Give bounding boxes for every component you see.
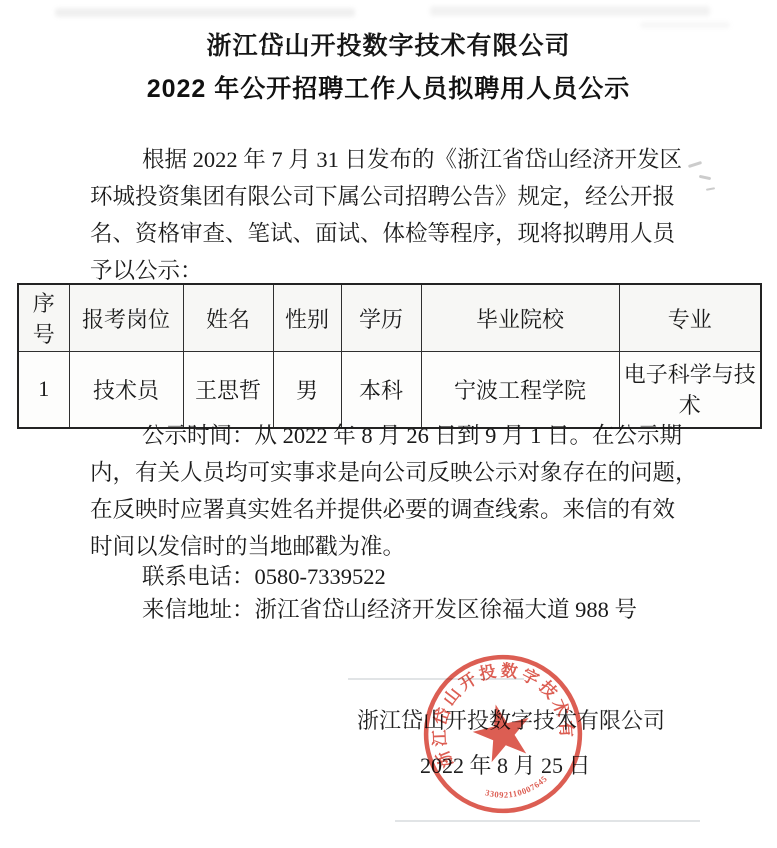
header-cell-education: 学历 xyxy=(341,284,421,352)
header-cell-no: 序号 xyxy=(18,284,69,352)
intro-paragraph: 根据 2022 年 7 月 31 日发布的《浙江省岱山经济开发区 环城投资集团有… xyxy=(90,141,690,289)
signature-date: 2022 年 8 月 25 日 xyxy=(420,749,590,780)
contact-phone-line: 联系电话：0580-7339522 xyxy=(142,563,702,591)
scan-artifact-line xyxy=(348,678,524,680)
document-title-notice: 2022 年公开招聘工作人员拟聘用人员公示 xyxy=(0,69,777,105)
header-cell-gender: 性别 xyxy=(273,284,341,352)
header-cell-name: 姓名 xyxy=(183,284,273,352)
scan-smudge xyxy=(430,6,710,16)
intro-line: 根据 2022 年 7 月 31 日发布的《浙江省岱山经济开发区 xyxy=(90,141,690,178)
notice-period-paragraph: 公示时间：从 2022 年 8 月 26 日到 9 月 1 日。在公示期 内，有… xyxy=(90,417,690,565)
header-cell-school: 毕业院校 xyxy=(421,284,619,352)
header-cell-major: 专业 xyxy=(619,284,761,352)
intro-line: 名、资格审查、笔试、面试、体检等程序，现将拟聘用人员 xyxy=(90,215,690,252)
notice-line: 内，有关人员均可实事求是向公司反映公示对象存在的问题， xyxy=(90,454,690,491)
scan-artifact-line xyxy=(395,820,700,822)
document-title-company: 浙江岱山开投数字技术有限公司 xyxy=(0,26,777,62)
table-header-row: 序号 报考岗位 姓名 性别 学历 毕业院校 专业 xyxy=(18,284,761,352)
contact-address-line: 来信地址：浙江省岱山经济开发区徐福大道 988 号 xyxy=(142,596,702,624)
notice-line: 公示时间：从 2022 年 8 月 26 日到 9 月 1 日。在公示期 xyxy=(90,417,690,454)
cell-no: 1 xyxy=(18,352,69,428)
signature-company: 浙江岱山开投数字技术有限公司 xyxy=(90,704,665,735)
intro-line: 环城投资集团有限公司下属公司招聘公告》规定，经公开报 xyxy=(90,178,690,215)
pen-mark xyxy=(706,187,715,191)
scan-smudge xyxy=(55,8,355,17)
candidate-results-table: 序号 报考岗位 姓名 性别 学历 毕业院校 专业 1 技术员 王思哲 男 本科 … xyxy=(17,283,762,429)
notice-line: 时间以发信时的当地邮戳为准。 xyxy=(90,528,690,565)
pen-mark xyxy=(699,175,711,180)
notice-line: 在反映时应署真实姓名并提供必要的调查线索。来信的有效 xyxy=(90,491,690,528)
scanned-announcement-page: { "titles": { "company": "浙江岱山开投数字技术有限公司… xyxy=(0,0,777,848)
pen-mark xyxy=(688,161,702,168)
header-cell-position: 报考岗位 xyxy=(69,284,183,352)
